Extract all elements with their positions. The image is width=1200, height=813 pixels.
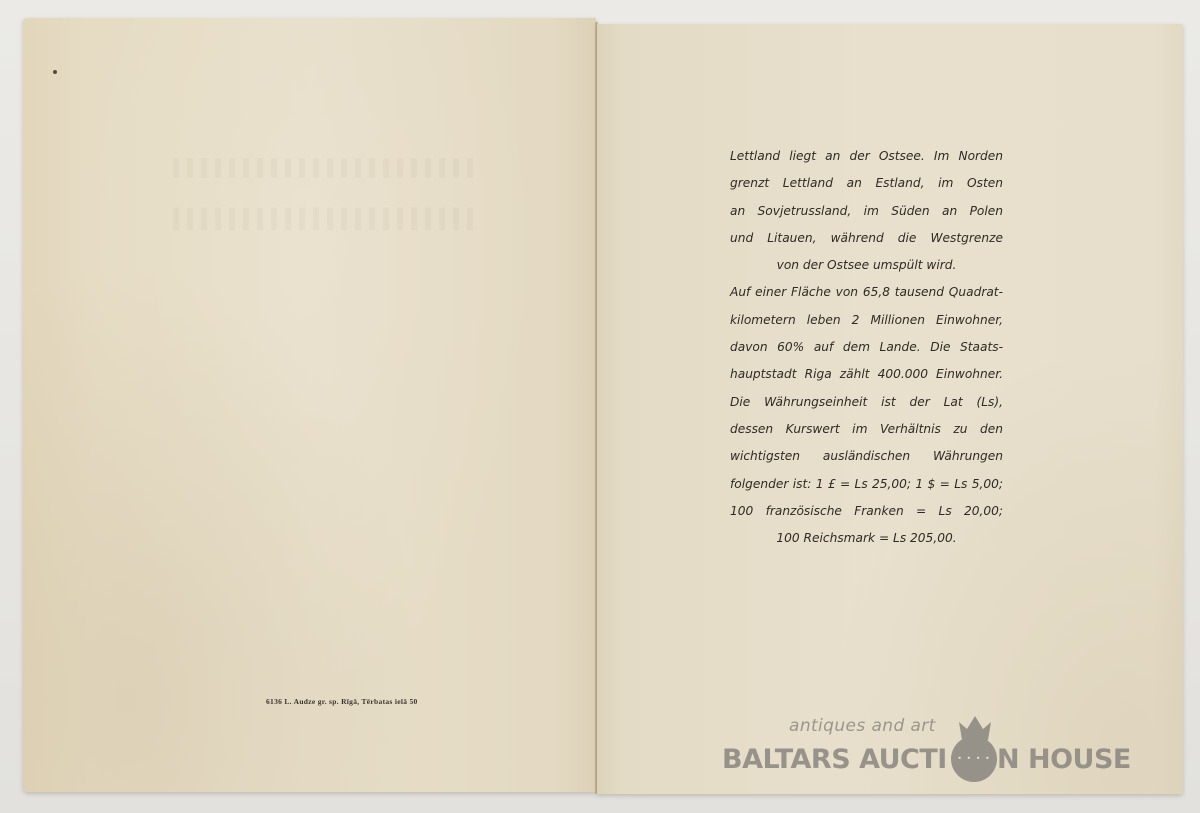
orb-dots: • • • • [951,755,997,763]
text-line: Lettland liegt an der Ostsee. Im Norden [730,143,1003,170]
watermark-name-left: BALTARS AUCTI [722,744,947,775]
left-page: 6136 L. Audze gr. sp. Rīgā, Tērbatas iel… [23,18,596,792]
text-line: an Sovjetrussland, im Süden an Polen [730,198,1003,225]
text-line: 100 französische Franken = Ls 20,00; [730,498,1003,525]
binding-hole [53,70,57,74]
text-line: und Litauen, während die Westgrenze [730,225,1003,252]
text-line: kilometern leben 2 Millionen Einwohner, [730,307,1003,334]
text-line: wichtigsten ausländischen Währungen [730,443,1003,470]
text-line: 100 Reichsmark = Ls 205,00. [730,525,1003,552]
text-line: Auf einer Fläche von 65,8 tausend Quadra… [730,279,1003,306]
text-line: grenzt Lettland an Estland, im Osten [730,170,1003,197]
text-line: folgender ist: 1 £ = Ls 25,00; 1 $ = Ls … [730,471,1003,498]
text-line: von der Ostsee umspült wird. [730,252,1003,279]
body-text: Lettland liegt an der Ostsee. Im Norden … [730,143,1003,552]
text-line: davon 60% auf dem Lande. Die Staats- [730,334,1003,361]
text-line: hauptstadt Riga zählt 400.000 Einwohner. [730,361,1003,388]
text-line: Die Währungseinheit ist der Lat (Ls), [730,389,1003,416]
text-line: dessen Kurswert im Verhältnis zu den [730,416,1003,443]
watermark-tagline: antiques and art [789,716,936,736]
orb-icon: • • • • [951,736,997,782]
printer-imprint: 6136 L. Audze gr. sp. Rīgā, Tērbatas iel… [266,697,418,706]
auction-house-watermark: antiques and art • • • • BALTARS AUCTI N… [722,716,1122,780]
watermark-name-right: N HOUSE [997,744,1131,775]
embossed-bleed-through [173,158,473,248]
